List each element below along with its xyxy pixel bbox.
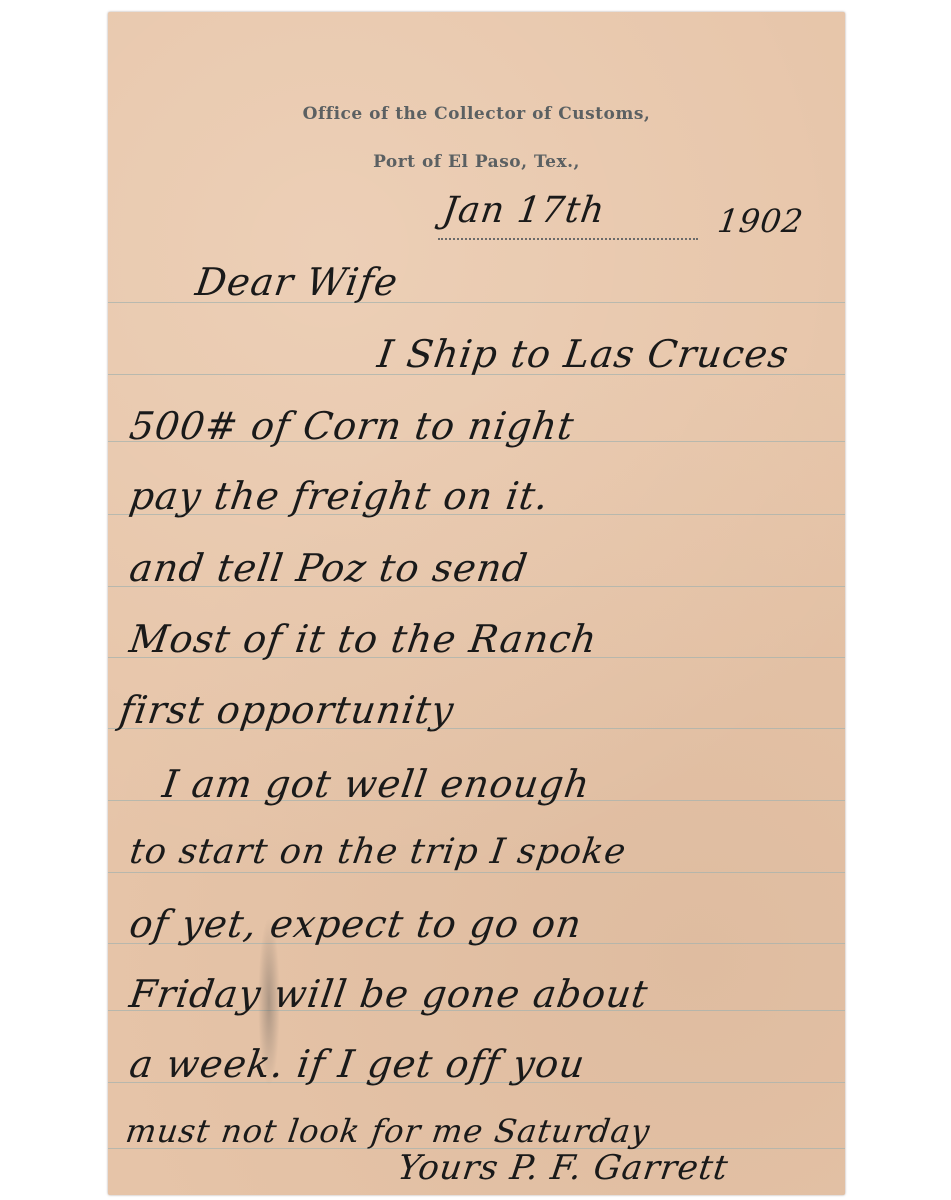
letter-line: I Ship to Las Cruces bbox=[375, 332, 792, 376]
ink-smudge bbox=[258, 917, 280, 1087]
letter-line: pay the freight on it. bbox=[127, 474, 552, 518]
letterhead-office: Office of the Collector of Customs, bbox=[108, 104, 845, 124]
letter-line: must not look for me Saturday bbox=[123, 1112, 652, 1150]
ruled-line bbox=[108, 872, 845, 873]
date-month-day: Jan 17th bbox=[440, 190, 608, 231]
letter-line: to start on the trip I spoke bbox=[127, 832, 629, 872]
letter-line: of yet, expect to go on bbox=[127, 902, 585, 946]
signature: Yours P. F. Garrett bbox=[395, 1148, 731, 1188]
letter-line: 500# of Corn to night bbox=[127, 404, 577, 448]
letter-line: Most of it to the Ranch bbox=[127, 617, 600, 661]
letter-line: first opportunity bbox=[117, 688, 457, 732]
date-dotted-line bbox=[438, 238, 698, 240]
letter-line: a week. if I get off you bbox=[127, 1042, 588, 1086]
salutation: Dear Wife bbox=[193, 260, 401, 304]
letter-line: I am got well enough bbox=[160, 762, 593, 806]
letter-line: and tell Poz to send bbox=[127, 546, 531, 590]
letter-paper: Office of the Collector of Customs, Port… bbox=[108, 12, 845, 1195]
letter-line: Friday will be gone about bbox=[127, 972, 651, 1016]
date-year: 1902 bbox=[715, 202, 806, 240]
letterhead-port: Port of El Paso, Tex., bbox=[108, 152, 845, 172]
